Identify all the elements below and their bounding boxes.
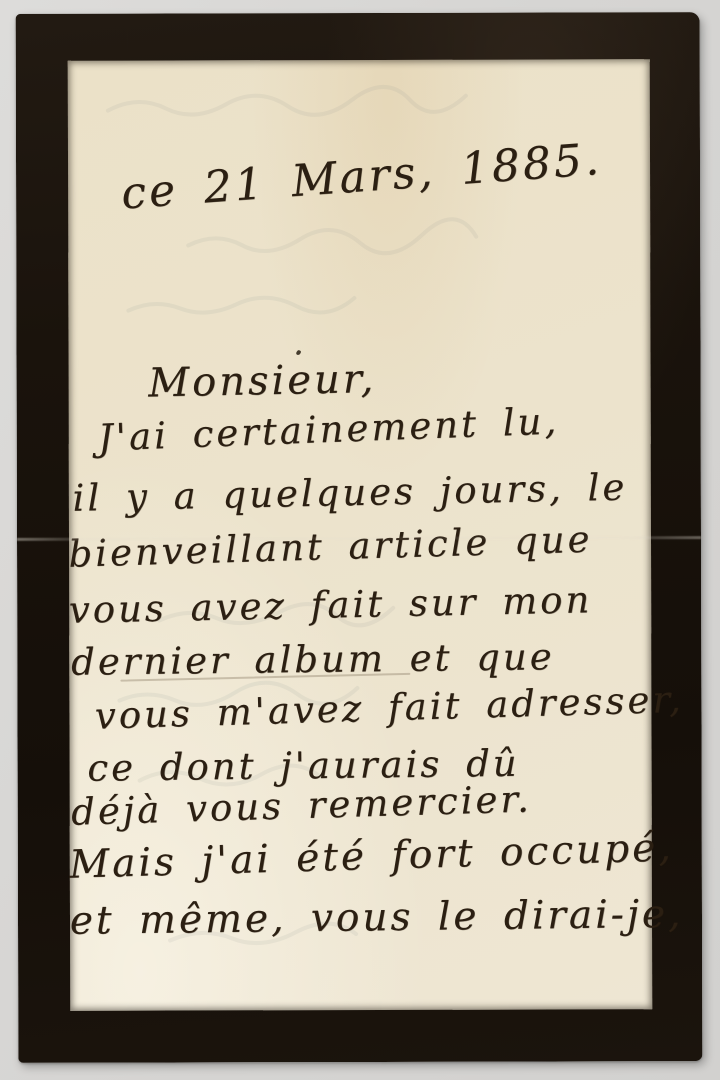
- letter-paper: ce 21 Mars, 1885. Monsieur, J'ai certain…: [68, 59, 652, 1011]
- letter-line: et même, vous le dirai-je,: [70, 892, 684, 944]
- letter-line: bienveillant article que: [68, 518, 593, 576]
- salutation-line: Monsieur,: [148, 356, 377, 407]
- letter-line: vous m'avez fait adresser,: [94, 678, 684, 738]
- letter-line: Mais j'ai été fort occupé,: [69, 825, 675, 887]
- letter-line: vous avez fait sur mon: [68, 578, 592, 631]
- ink-speck: [296, 349, 302, 355]
- letter-line: il y a quelques jours, le: [72, 466, 628, 520]
- photograph-background: ce 21 Mars, 1885. Monsieur, J'ai certain…: [0, 0, 720, 1080]
- letter-line: J'ai certainement lu,: [97, 399, 560, 459]
- mourning-letter-card: ce 21 Mars, 1885. Monsieur, J'ai certain…: [16, 12, 703, 1063]
- date-line: ce 21 Mars, 1885.: [119, 134, 603, 220]
